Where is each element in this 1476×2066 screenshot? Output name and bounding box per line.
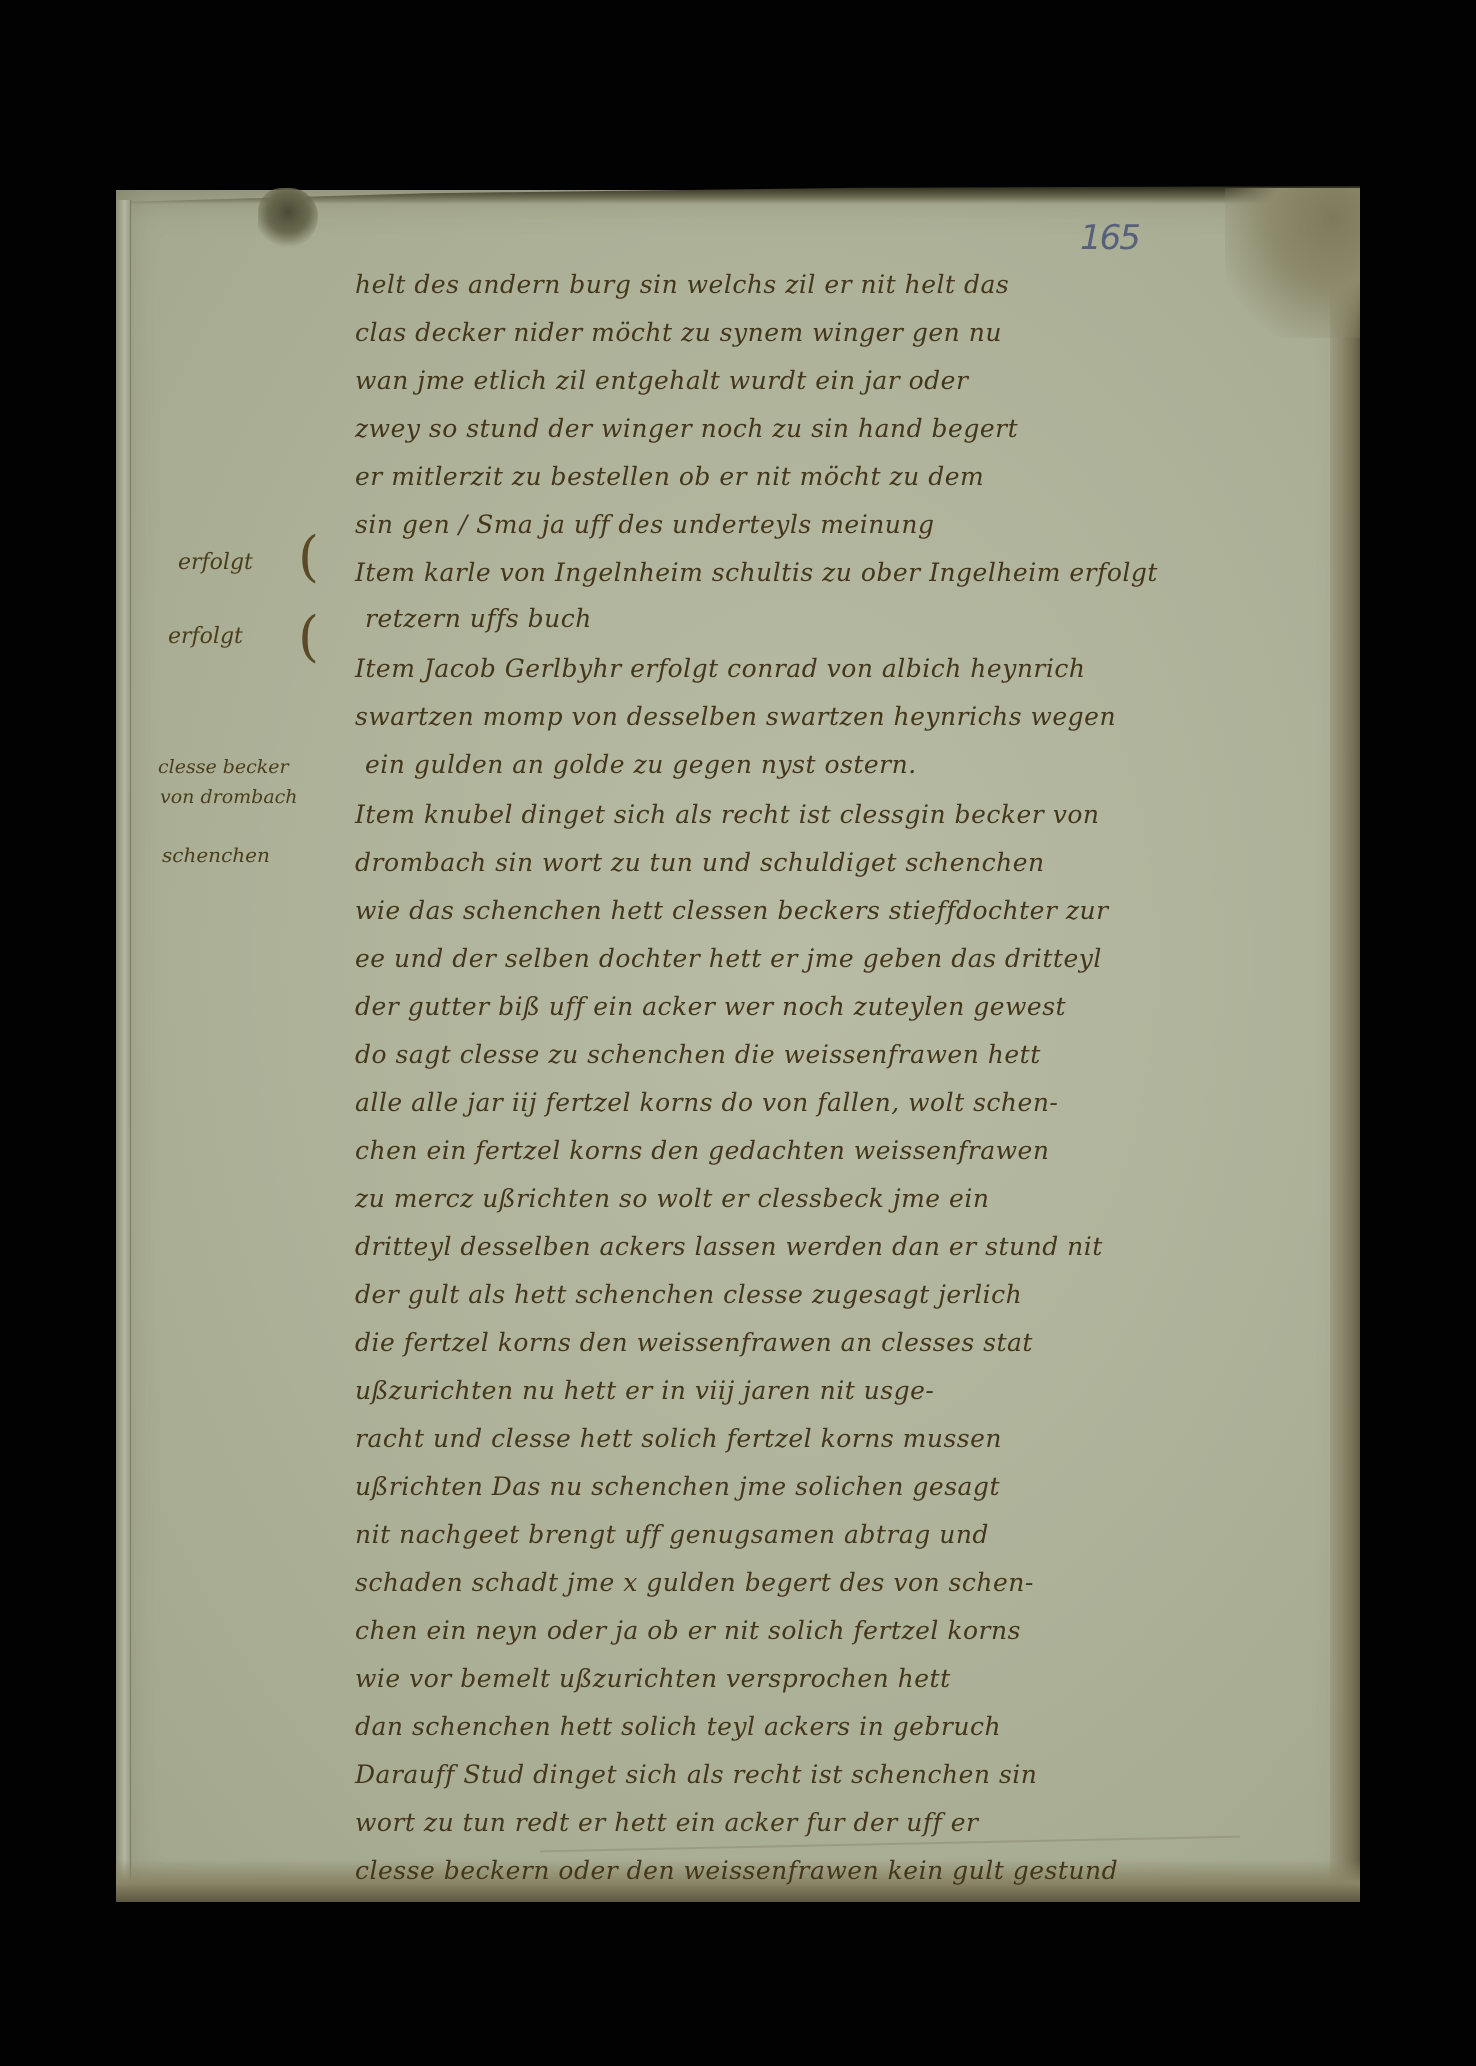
margin-note: erfolgt: [178, 548, 253, 578]
text-line: Darauff Stud dinget sich als recht ist s…: [355, 1760, 1037, 1789]
text-line: chen ein neyn oder ja ob er nit solich f…: [355, 1616, 1021, 1645]
text-line: wort zu tun redt er hett ein acker fur d…: [355, 1808, 979, 1837]
text-line: clas decker nider möcht zu synem winger …: [355, 318, 1002, 347]
text-line: der gutter biß uff ein acker wer noch zu…: [355, 992, 1066, 1021]
folio-number: 165: [1080, 218, 1139, 258]
image-viewer: 165 erfolgt erfolgt clesse becker von dr…: [0, 0, 1476, 2066]
text-line: ee und der selben dochter hett er jme ge…: [355, 944, 1102, 973]
text-line: wan jme etlich zil entgehalt wurdt ein j…: [355, 366, 968, 395]
margin-note: erfolgt: [168, 622, 243, 652]
stain-top-right: [1225, 188, 1360, 338]
text-line: wie das schenchen hett clessen beckers s…: [355, 896, 1109, 925]
text-line: nit nachgeet brengt uff genugsamen abtra…: [355, 1520, 989, 1549]
text-line: zu mercz ußrichten so wolt er clessbeck …: [355, 1184, 989, 1213]
text-line: dan schenchen hett solich teyl ackers in…: [355, 1712, 1001, 1741]
text-line: die fertzel korns den weissenfrawen an c…: [355, 1328, 1033, 1357]
margin-note: von drombach: [160, 782, 298, 812]
text-line: swartzen momp von desselben swartzen hey…: [355, 702, 1116, 731]
margin-note: clesse becker: [158, 752, 289, 782]
text-line: dritteyl desselben ackers lassen werden …: [355, 1232, 1103, 1261]
text-line: er mitlerzit zu bestellen ob er nit möch…: [355, 462, 984, 491]
text-line: retzern uffs buch: [365, 604, 592, 633]
margin-note: schenchen: [162, 840, 270, 870]
text-line: sin gen / Sma ja uff des underteyls mein…: [355, 510, 935, 539]
text-line: helt des andern burg sin welchs zil er n…: [355, 270, 1009, 299]
page-right-edge: [1330, 190, 1360, 1902]
text-line: Item karle von Ingelnheim schultis zu ob…: [355, 558, 1158, 587]
text-line: do sagt clesse zu schenchen die weissenf…: [355, 1040, 1041, 1069]
text-line: ein gulden an golde zu gegen nyst ostern…: [365, 750, 917, 779]
text-line: chen ein fertzel korns den gedachten wei…: [355, 1136, 1049, 1165]
paragraph-bracket: (: [298, 530, 319, 584]
text-line: alle alle jar iij fertzel korns do von f…: [355, 1088, 1058, 1117]
text-line: Item Jacob Gerlbyhr erfolgt conrad von a…: [355, 654, 1085, 683]
text-line: Item knubel dinget sich als recht ist cl…: [355, 800, 1099, 829]
text-line: wie vor bemelt ußzurichten versprochen h…: [355, 1664, 951, 1693]
text-line: zwey so stund der winger noch zu sin han…: [355, 414, 1018, 443]
text-line: der gult als hett schenchen clesse zuges…: [355, 1280, 1022, 1309]
text-line: ußzurichten nu hett er in viij jaren nit…: [355, 1376, 934, 1405]
text-line: clesse beckern oder den weissenfrawen ke…: [355, 1856, 1118, 1885]
text-line: schaden schadt jme x gulden begert des v…: [355, 1568, 1034, 1597]
text-line: racht und clesse hett solich fertzel kor…: [355, 1424, 1002, 1453]
paragraph-bracket: (: [298, 610, 319, 664]
text-line: ußrichten Das nu schenchen jme solichen …: [355, 1472, 1000, 1501]
text-line: drombach sin wort zu tun und schuldiget …: [355, 848, 1045, 877]
page-gutter: [116, 200, 131, 1902]
